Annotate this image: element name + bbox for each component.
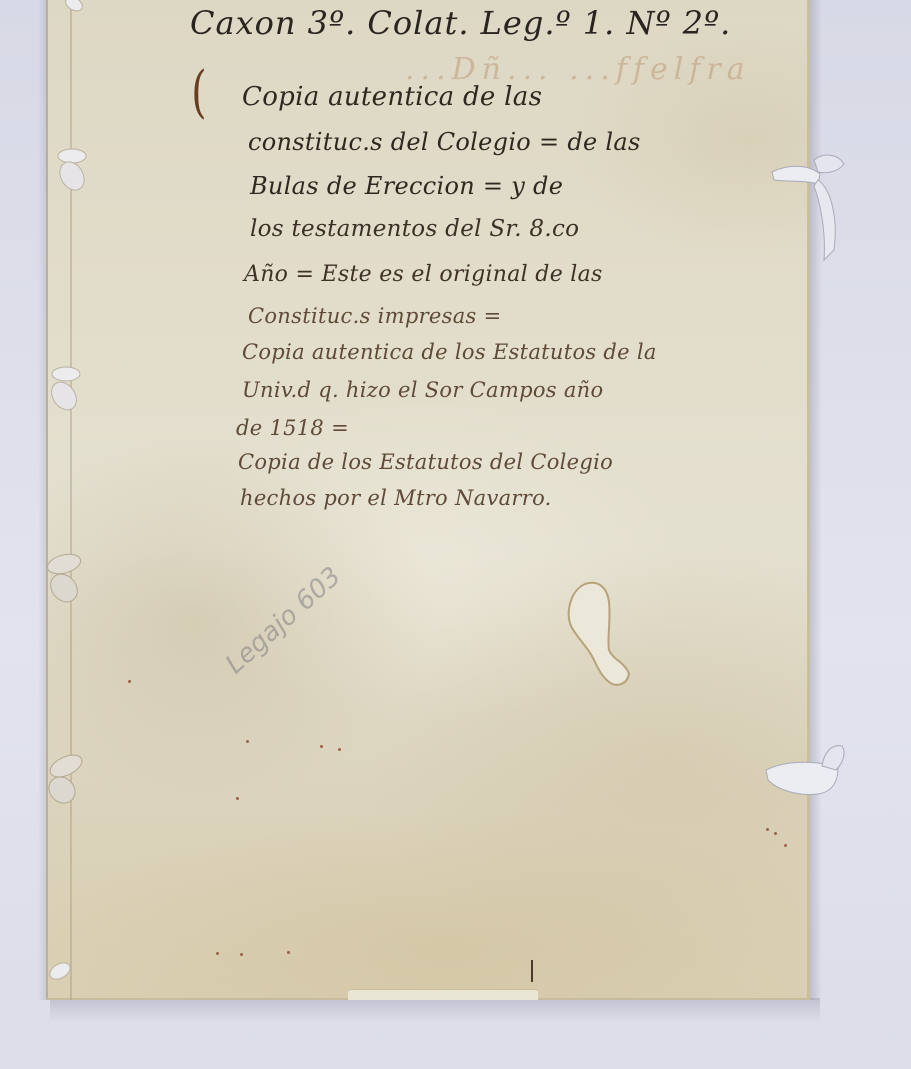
contents-line-6: Constituc.s impresas = <box>248 304 502 328</box>
binding-stitch-3 <box>44 552 84 610</box>
contents-line-3: Bulas de Ereccion = y de <box>250 172 563 200</box>
contents-line-8: Univ.d q. hizo el Sor Campos año <box>242 378 603 402</box>
ink-tick <box>531 960 533 982</box>
binding-stitch-2 <box>48 364 82 416</box>
binding-stitch-4 <box>44 752 84 808</box>
bottom-edge-tear <box>348 989 538 1000</box>
torn-hole <box>563 580 633 688</box>
cloth-tie-upper <box>768 150 848 265</box>
contents-line-7: Copia autentica de los Estatutos de la <box>242 340 657 364</box>
brace-mark: ( <box>191 60 206 125</box>
photo-stage: Caxon 3º. Colat. Leg.º 1. Nº 2º. ...Dñ..… <box>0 0 911 1069</box>
binding-stitch-top <box>62 0 86 16</box>
contents-line-2: constituc.s del Colegio = de las <box>248 128 641 156</box>
contents-line-10: Copia de los Estatutos del Colegio <box>238 450 613 474</box>
contents-line-4: los testamentos del Sr. 8.co <box>250 216 579 242</box>
bottom-shadow <box>50 998 820 1022</box>
binding-stitch-5 <box>46 958 76 984</box>
contents-line-9: de 1518 = <box>236 416 349 440</box>
contents-line-11: hechos por el Mtro Navarro. <box>240 486 552 510</box>
contents-line-1: Copia autentica de las <box>242 82 542 112</box>
binding-stitch-1 <box>54 146 88 196</box>
call-number: Caxon 3º. Colat. Leg.º 1. Nº 2º. <box>190 4 731 42</box>
contents-line-5: Año = Este es el original de las <box>244 262 603 287</box>
cloth-tie-lower <box>762 740 848 800</box>
